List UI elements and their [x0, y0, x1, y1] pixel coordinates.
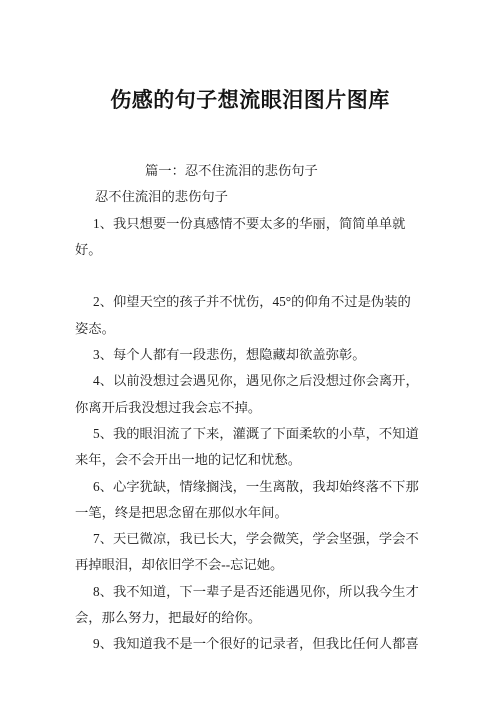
paragraph: 9、我知道我不是一个很好的记录者，但我比任何人都喜	[75, 631, 425, 657]
paragraph: 1、我只想要一份真感情不要太多的华丽，简简单单就好。	[75, 211, 425, 264]
paragraph-line: 会，那么努力，把最好的给你。	[75, 605, 425, 631]
paragraph-line: 来年，会不会开出一地的记忆和忧愁。	[75, 447, 425, 473]
paragraph-line: 姿态。	[75, 316, 425, 342]
page-title: 伤感的句子想流眼泪图片图库	[0, 87, 500, 113]
paragraph-line: 5、我的眼泪流了下来，灌溉了下面柔软的小草，不知道	[75, 421, 425, 447]
paragraph-line: 6、心字犹缺，情缘搁浅，一生离散，我却始终落不下那	[75, 474, 425, 500]
document-page: 伤感的句子想流眼泪图片图库 篇一：忍不住流泪的悲伤句子 忍不住流泪的悲伤句子 1…	[0, 0, 500, 707]
section-heading: 篇一：忍不住流泪的悲伤句子	[75, 158, 425, 184]
paragraph: 5、我的眼泪流了下来，灌溉了下面柔软的小草，不知道来年，会不会开出一地的记忆和忧…	[75, 421, 425, 474]
paragraph: 7、天已微凉，我已长大，学会微笑，学会坚强，学会不再掉眼泪，却依旧学不会--忘记…	[75, 526, 425, 579]
paragraph-line: 8、我不知道，下一辈子是否还能遇见你，所以我今生才	[75, 579, 425, 605]
paragraph: 4、以前没想过会遇见你，遇见你之后没想过你会离开，你离开后我没想过我会忘不掉。	[75, 368, 425, 421]
paragraph-line: 再掉眼泪，却依旧学不会--忘记她。	[75, 552, 425, 578]
paragraph-list: 1、我只想要一份真感情不要太多的华丽，简简单单就好。2、仰望天空的孩子并不忧伤，…	[75, 211, 425, 658]
paragraph-line: 你离开后我没想过我会忘不掉。	[75, 395, 425, 421]
paragraph-line: 2、仰望天空的孩子并不忧伤，45°的仰角不过是伪装的	[75, 289, 425, 315]
paragraph-line: 4、以前没想过会遇见你，遇见你之后没想过你会离开，	[75, 368, 425, 394]
paragraph-line: 1、我只想要一份真感情不要太多的华丽，简简单单就好。	[75, 211, 425, 264]
paragraph: 8、我不知道，下一辈子是否还能遇见你，所以我今生才会，那么努力，把最好的给你。	[75, 579, 425, 632]
document-body: 篇一：忍不住流泪的悲伤句子 忍不住流泪的悲伤句子 1、我只想要一份真感情不要太多…	[0, 158, 500, 658]
paragraph-line: 3、每个人都有一段悲伤，想隐藏却欲盖弥彰。	[75, 342, 425, 368]
paragraph-line: 一笔，终是把思念留在那似水年间。	[75, 500, 425, 526]
paragraph: 2、仰望天空的孩子并不忧伤，45°的仰角不过是伪装的姿态。	[75, 289, 425, 342]
paragraph-line: 9、我知道我不是一个很好的记录者，但我比任何人都喜	[75, 631, 425, 657]
paragraph: 6、心字犹缺，情缘搁浅，一生离散，我却始终落不下那一笔，终是把思念留在那似水年间…	[75, 474, 425, 527]
subheading: 忍不住流泪的悲伤句子	[75, 184, 425, 210]
paragraph-line: 7、天已微凉，我已长大，学会微笑，学会坚强，学会不	[75, 526, 425, 552]
paragraph: 3、每个人都有一段悲伤，想隐藏却欲盖弥彰。	[75, 342, 425, 368]
